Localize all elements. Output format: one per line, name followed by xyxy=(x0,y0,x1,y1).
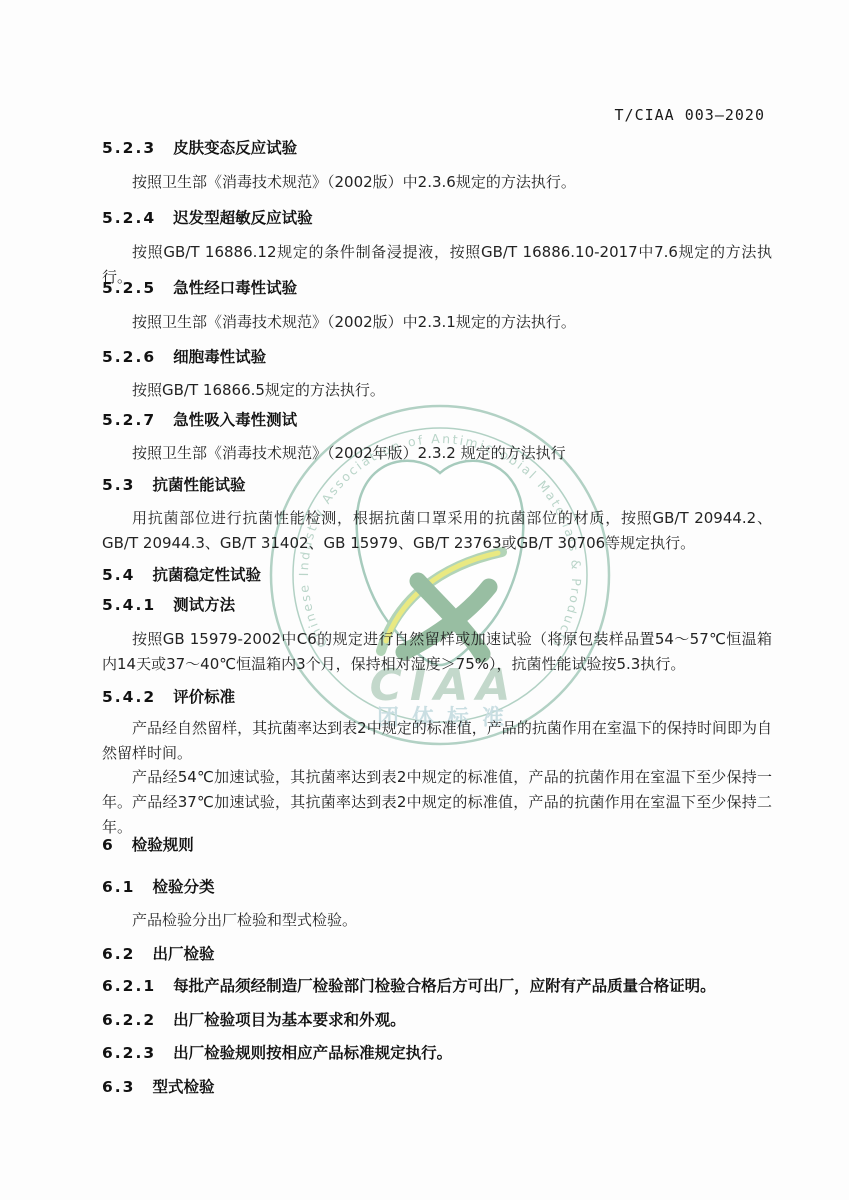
clause-heading: 5.2.4迟发型超敏反应试验 xyxy=(102,209,772,227)
clause-number: 5.2.5 xyxy=(102,279,156,297)
paragraph-text: 按照GB 15979-2002中C6的规定进行自然留样或加速试验（将原包装样品置… xyxy=(102,630,772,673)
clause-number: 6.3 xyxy=(102,1078,135,1096)
paragraph: 按照卫生部《消毒技术规范》（2002年版）2.3.2 规定的方法执行 xyxy=(102,441,772,466)
clause-title: 细胞毒性试验 xyxy=(173,348,266,366)
paragraph: 按照GB/T 16866.5规定的方法执行。 xyxy=(102,378,772,403)
clause-heading: 6检验规则 xyxy=(102,836,772,854)
clause-number: 5.2.7 xyxy=(102,411,156,429)
clause-title: 出厂检验规则按相应产品标准规定执行。 xyxy=(173,1044,452,1062)
paragraph-text: 按照卫生部《消毒技术规范》（2002版）中2.3.6规定的方法执行。 xyxy=(132,173,576,191)
clause-heading: 5.4.2评价标准 xyxy=(102,688,772,706)
clause-number: 6.2.2 xyxy=(102,1011,156,1029)
clause-heading: 6.2.1每批产品须经制造厂检验部门检验合格后方可出厂，应附有产品质量合格证明。 xyxy=(102,977,772,995)
paragraph: 产品检验分出厂检验和型式检验。 xyxy=(102,908,772,933)
clause-title: 急性经口毒性试验 xyxy=(173,279,297,297)
clause-heading: 5.4.1测试方法 xyxy=(102,596,772,614)
clause-title: 急性吸入毒性测试 xyxy=(173,411,297,429)
clause-title: 抗菌稳定性试验 xyxy=(152,566,261,584)
clause-number: 6.2.3 xyxy=(102,1044,156,1062)
paragraph: 按照GB 15979-2002中C6的规定进行自然留样或加速试验（将原包装样品置… xyxy=(102,627,772,677)
clause-number: 6.2 xyxy=(102,945,135,963)
clause-title: 检验分类 xyxy=(152,878,214,896)
clause-heading: 6.2.2出厂检验项目为基本要求和外观。 xyxy=(102,1011,772,1029)
clause-title: 测试方法 xyxy=(173,596,235,614)
clause-number: 5.4.1 xyxy=(102,596,156,614)
clause-title: 皮肤变态反应试验 xyxy=(173,139,297,157)
clause-heading: 6.2.3出厂检验规则按相应产品标准规定执行。 xyxy=(102,1044,772,1062)
paragraph-text: 产品检验分出厂检验和型式检验。 xyxy=(132,911,357,929)
clause-heading: 5.2.6细胞毒性试验 xyxy=(102,348,772,366)
clause-heading: 5.2.5急性经口毒性试验 xyxy=(102,279,772,297)
clause-title: 每批产品须经制造厂检验部门检验合格后方可出厂，应附有产品质量合格证明。 xyxy=(173,977,716,995)
clause-heading: 6.2出厂检验 xyxy=(102,945,772,963)
paragraph-text: 产品经自然留样，其抗菌率达到表2中规定的标准值，产品的抗菌作用在室温下的保持时间… xyxy=(102,719,772,762)
paragraph: 按照卫生部《消毒技术规范》（2002版）中2.3.6规定的方法执行。 xyxy=(102,170,772,195)
paragraph: 按照卫生部《消毒技术规范》（2002版）中2.3.1规定的方法执行。 xyxy=(102,310,772,335)
paragraph-text: 按照卫生部《消毒技术规范》（2002版）中2.3.1规定的方法执行。 xyxy=(132,313,576,331)
clause-heading: 5.3抗菌性能试验 xyxy=(102,476,772,494)
document-content: 5.2.3皮肤变态反应试验按照卫生部《消毒技术规范》（2002版）中2.3.6规… xyxy=(0,0,849,1200)
clause-number: 5.4.2 xyxy=(102,688,156,706)
clause-heading: 5.2.7急性吸入毒性测试 xyxy=(102,411,772,429)
paragraph-text: 产品经37℃加速试验，其抗菌率达到表2中规定的标准值，产品的抗菌作用在室温下至少… xyxy=(102,793,772,836)
clause-title: 抗菌性能试验 xyxy=(152,476,245,494)
clause-number: 6.1 xyxy=(102,878,135,896)
clause-number: 5.2.6 xyxy=(102,348,156,366)
clause-title: 评价标准 xyxy=(173,688,235,706)
paragraph-text: 按照卫生部《消毒技术规范》（2002年版）2.3.2 规定的方法执行 xyxy=(132,444,566,462)
clause-heading: 5.4抗菌稳定性试验 xyxy=(102,566,772,584)
paragraph-text: 用抗菌部位进行抗菌性能检测，根据抗菌口罩采用的抗菌部位的材质，按照GB/T 20… xyxy=(102,509,772,552)
clause-title: 型式检验 xyxy=(152,1078,214,1096)
clause-title: 迟发型超敏反应试验 xyxy=(173,209,313,227)
clause-heading: 6.3型式检验 xyxy=(102,1078,772,1096)
paragraph: 用抗菌部位进行抗菌性能检测，根据抗菌口罩采用的抗菌部位的材质，按照GB/T 20… xyxy=(102,506,772,556)
document-page: Chinese Industry Association of Antimicr… xyxy=(0,0,849,1200)
paragraph: 产品经37℃加速试验，其抗菌率达到表2中规定的标准值，产品的抗菌作用在室温下至少… xyxy=(102,790,772,840)
clause-number: 6 xyxy=(102,836,115,854)
clause-number: 5.2.4 xyxy=(102,209,156,227)
clause-number: 6.2.1 xyxy=(102,977,156,995)
clause-number: 5.2.3 xyxy=(102,139,156,157)
clause-title: 出厂检验项目为基本要求和外观。 xyxy=(173,1011,406,1029)
paragraph: 产品经自然留样，其抗菌率达到表2中规定的标准值，产品的抗菌作用在室温下的保持时间… xyxy=(102,716,772,766)
doc-number: T/CIAA 003—2020 xyxy=(615,106,765,124)
paragraph-text: 按照GB/T 16866.5规定的方法执行。 xyxy=(132,381,385,399)
clause-title: 出厂检验 xyxy=(152,945,214,963)
clause-number: 5.4 xyxy=(102,566,135,584)
clause-title: 检验规则 xyxy=(132,836,194,854)
clause-number: 5.3 xyxy=(102,476,135,494)
clause-heading: 5.2.3皮肤变态反应试验 xyxy=(102,139,772,157)
clause-heading: 6.1检验分类 xyxy=(102,878,772,896)
